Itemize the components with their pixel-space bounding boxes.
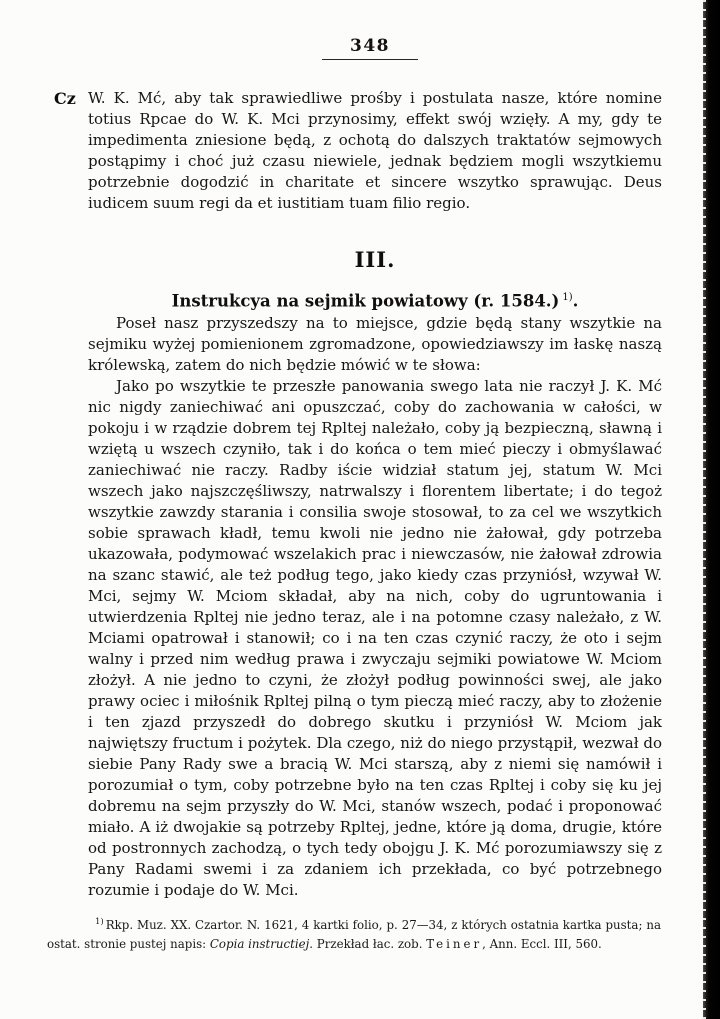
scanned-book-page: { "page": { "number": "348", "margin_not… (0, 0, 720, 1019)
footnote: 1)Rkp. Muz. XX. Czartor. N. 1621, 4 kart… (47, 913, 661, 955)
footnote-marker: 1) (95, 917, 104, 927)
section-title: Instrukcya na sejmik powiatowy (r. 1584.… (88, 287, 662, 313)
footnote-text-2: . Przekład łac. zob. (309, 937, 426, 951)
section-title-text: Instrukcya na sejmik powiatowy (r. 1584.… (172, 292, 560, 311)
body-paragraph-2: Jako po wszytkie te przeszłe panowania s… (88, 376, 662, 901)
section-number-heading: III. (88, 247, 662, 273)
intro-paragraph: W. K. Mć, aby tak sprawiedliwe prośby i … (88, 88, 662, 214)
page-number: 348 (322, 36, 418, 56)
body-paragraph-1: Poseł nasz przyszedszy na to miejsce, gd… (88, 313, 662, 376)
page-number-rule (322, 59, 418, 60)
footnote-italic-title: Copia instructiej (210, 937, 309, 951)
section-title-footnote-ref: 1) (562, 292, 572, 303)
scan-black-edge (703, 0, 720, 1019)
footnote-text-3: , Ann. Eccl. III, 560. (482, 937, 602, 951)
margin-note: Cz (54, 89, 76, 108)
section-title-period: . (573, 292, 579, 311)
footnote-author: Teiner (426, 937, 482, 951)
text-column: W. K. Mć, aby tak sprawiedliwe prośby i … (88, 88, 662, 966)
page-header: 348 (322, 36, 418, 60)
